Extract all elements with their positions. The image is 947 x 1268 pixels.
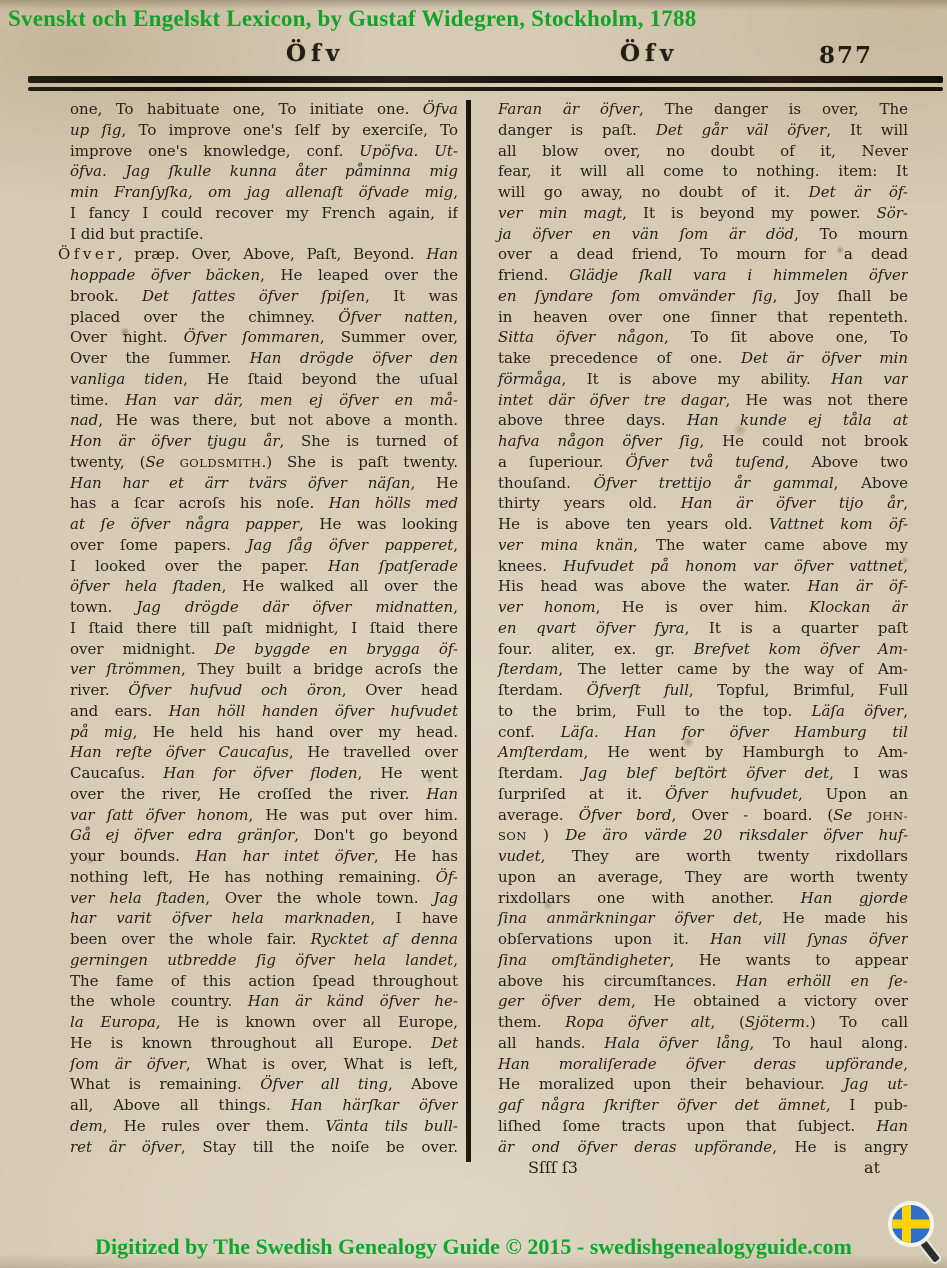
text-line: ret är öfver, Stay till the noiſe be ove…	[58, 1137, 458, 1158]
dictionary-column-right: Faran är öfver, The danger is over, Thed…	[486, 99, 908, 1178]
running-title-right: Öfv	[620, 40, 678, 67]
text-line: danger is paſt. Det går väl öfver, It wi…	[486, 120, 908, 141]
text-line: ſurpriſed at it. Öfver hufvudet, Upon an	[486, 784, 908, 805]
text-line: Amſterdam, He went by Hamburgh to Am-	[486, 742, 908, 763]
header-rule-top	[28, 76, 943, 83]
text-line: hoppade öfver bäcken, He leaped over the	[58, 265, 458, 286]
text-line: all blow over, no doubt of it, Never	[486, 141, 908, 162]
text-line: town. Jag drögde där öfver midnatten,	[58, 597, 458, 618]
text-line: hafva någon öfver ſig, He could not broo…	[486, 431, 908, 452]
text-line: har varit öfver hela marknaden, I have	[58, 908, 458, 929]
text-line: average. Öfver bord, Over - board. (Se J…	[486, 805, 908, 826]
text-line: I looked over the paper. Han ſpatſerade	[58, 556, 458, 577]
text-line: ſom är öfver, What is over, What is left…	[58, 1054, 458, 1075]
text-line: above three days. Han kunde ej tåla at	[486, 410, 908, 431]
text-line: Caucaſus. Han for öfver floden, He went	[58, 763, 458, 784]
text-line: His head was above the water. Han är öf-	[486, 576, 908, 597]
text-line: will go away, no doubt of it. Det är öf-	[486, 182, 908, 203]
text-line: fear, it will all come to nothing. item:…	[486, 161, 908, 182]
text-line: vudet, They are worth twenty rixdollars	[486, 846, 908, 867]
text-line: ver honom, He is over him. Klockan är	[486, 597, 908, 618]
text-line: gaf några ſkrifter öfver det ämnet, I pu…	[486, 1095, 908, 1116]
text-line: ver hela ſtaden, Over the whole town. Ja…	[58, 888, 458, 909]
text-line: son ) De äro värde 20 riksdaler öfver hu…	[486, 825, 908, 846]
text-line: them. Ropa öfver alt, (Sjöterm.) To call	[486, 1012, 908, 1033]
catchword: at	[864, 1157, 880, 1178]
text-line: He is known throughout all Europe. Det	[58, 1033, 458, 1054]
text-line: Over the ſummer. Han drögde öfver den	[58, 348, 458, 369]
text-line: What is remaining. Öfver all ting, Above	[58, 1074, 458, 1095]
text-line: in heaven over one ſinner that repenteth…	[486, 307, 908, 328]
text-line: nad, He was there, but not above a month…	[58, 410, 458, 431]
digitizer-bottom-caption: Digitized by The Swedish Genealogy Guide…	[0, 1234, 947, 1260]
text-line: one, To habituate one, To initiate one. …	[58, 99, 458, 120]
text-line: öfva. Jag ſkulle kunna åter påminna mig	[58, 161, 458, 182]
text-line: Han har et ärr tvärs öfver näſan, He	[58, 473, 458, 494]
text-line: obſervations upon it. Han vill ſynas öfv…	[486, 929, 908, 950]
text-line: Gå ej öfver edra gränſor, Don't go beyon…	[58, 825, 458, 846]
text-line: vanliga tiden, He ſtaid beyond the uſual	[58, 369, 458, 390]
text-line: Öfver, præp. Over, Above, Paſt, Beyond. …	[58, 244, 458, 265]
text-line: take precedence of one. Det är öfver min	[486, 348, 908, 369]
text-line: The fame of this action ſpead throughout	[58, 971, 458, 992]
text-line: friend. Glädje ſkall vara i himmelen öfv…	[486, 265, 908, 286]
text-line: ver ſtrömmen, They built a bridge acroſs…	[58, 659, 458, 680]
swedish-flag-magnifier-icon	[885, 1200, 941, 1266]
text-line: ger öfver dem, He obtained a victory ove…	[486, 991, 908, 1012]
text-line: var ſatt öfver honom, He was put over hi…	[58, 805, 458, 826]
text-line: I ſtaid there till paſt midnight, I ſtai…	[58, 618, 458, 639]
text-line: at ſe öfver några papper, He was looking	[58, 514, 458, 535]
text-line: ſina omſtändigheter, He wants to appear	[486, 950, 908, 971]
text-line: min Franſyſka, om jag allenaſt öfvade mi…	[58, 182, 458, 203]
text-line: nothing left, He has nothing remaining. …	[58, 867, 458, 888]
text-line: the whole country. Han är känd öfver he-	[58, 991, 458, 1012]
text-line: brook. Det ſattes öfver ſpiſen, It was	[58, 286, 458, 307]
text-line: He is above ten years old. Vattnet kom ö…	[486, 514, 908, 535]
text-line: over ſome papers. Jag ſåg öfver papperet…	[58, 535, 458, 556]
text-line: your bounds. Han har intet öfver, He has	[58, 846, 458, 867]
text-line: a ſuperiour. Öfver två tuſend, Above two	[486, 452, 908, 473]
text-line: over a dead friend, To mourn for a dead	[486, 244, 908, 265]
text-line: placed over the chimney. Öfver natten,	[58, 307, 458, 328]
text-line: på mig, He held his hand over my head.	[58, 722, 458, 743]
dictionary-column-left: one, To habituate one, To initiate one. …	[58, 99, 458, 1157]
text-line: up ſig, To improve one's ſelf by exerciſ…	[58, 120, 458, 141]
text-line: ſterdam. Jag blef beſtört öfver det, I w…	[486, 763, 908, 784]
text-line: river. Öfver hufvud och öron, Over head	[58, 680, 458, 701]
header-rule-bottom	[28, 87, 943, 91]
text-line: and ears. Han höll handen öfver hufvudet	[58, 701, 458, 722]
text-line: been over the whole fair. Rycktet af den…	[58, 929, 458, 950]
column-divider-rule	[466, 100, 471, 1162]
text-line: ja öfver en vän ſom är död, To mourn	[486, 224, 908, 245]
text-line: to the brim, Full to the top. Läſa öfver…	[486, 701, 908, 722]
text-line: upon an average, They are worth twenty	[486, 867, 908, 888]
text-line: Over night. Öfver ſommaren, Summer over,	[58, 327, 458, 348]
text-line: ſina anmärkningar öfver det, He made his	[486, 908, 908, 929]
text-line: gerningen utbredde ſig öfver hela landet…	[58, 950, 458, 971]
signature-mark: Sſſſ ſ3	[528, 1157, 578, 1178]
signature-row: Sſſſ ſ3at	[486, 1157, 908, 1178]
page-number: 877	[819, 42, 873, 69]
text-line: knees. Hufvudet på honom var öfver vattn…	[486, 556, 908, 577]
running-title-left: Öfv	[286, 40, 344, 67]
text-line: over the river, He croſſed the river. Ha…	[58, 784, 458, 805]
text-line: ſterdam. Öfverſt full, Topful, Brimful, …	[486, 680, 908, 701]
text-line: four. aliter, ex. gr. Brefvet kom öfver …	[486, 639, 908, 660]
text-line: är ond öfver deras upförande, He is angr…	[486, 1137, 908, 1158]
text-line: en ſyndare ſom omvänder ſig, Joy ſhall b…	[486, 286, 908, 307]
text-line: Han moraliſerade öfver deras upförande,	[486, 1054, 908, 1075]
text-line: all hands. Hala öfver lång, To haul alon…	[486, 1033, 908, 1054]
text-line: Han reſte öfver Caucaſus, He travelled o…	[58, 742, 458, 763]
scanned-book-page: { "overlay": { "top_caption": "Svenskt o…	[0, 0, 947, 1268]
text-line: ſterdam, The letter came by the way of A…	[486, 659, 908, 680]
text-line: öfver hela ſtaden, He walked all over th…	[58, 576, 458, 597]
text-line: Sitta öfver någon, To ſit above one, To	[486, 327, 908, 348]
text-line: Faran är öfver, The danger is over, The	[486, 99, 908, 120]
text-line: twenty, (Se Goldsmith.) She is paſt twen…	[58, 452, 458, 473]
text-line: has a ſcar acroſs his noſe. Han hölls me…	[58, 493, 458, 514]
text-line: Hon är öfver tjugu år, She is turned of	[58, 431, 458, 452]
text-line: intet där öfver tre dagar, He was not th…	[486, 390, 908, 411]
text-line: förmåga, It is above my ability. Han var	[486, 369, 908, 390]
text-line: over midnight. De byggde en brygga öf-	[58, 639, 458, 660]
text-line: thouſand. Öfver trettijo år gammal, Abov…	[486, 473, 908, 494]
text-line: above his circumſtances. Han erhöll en ſ…	[486, 971, 908, 992]
text-line: en qvart öfver fyra, It is a quarter paſ…	[486, 618, 908, 639]
text-line: I did but practiſe.	[58, 224, 458, 245]
text-line: ver mina knän, The water came above my	[486, 535, 908, 556]
text-line: conf. Läſa. Han for öfver Hamburg til	[486, 722, 908, 743]
text-line: improve one's knowledge, conf. Upöfva. U…	[58, 141, 458, 162]
text-line: I fancy I could recover my French again,…	[58, 203, 458, 224]
text-line: la Europa, He is known over all Europe,	[58, 1012, 458, 1033]
text-line: thirty years old. Han är öfver tijo år,	[486, 493, 908, 514]
text-line: all, Above all things. Han härſkar öfver	[58, 1095, 458, 1116]
text-line: ver min magt, It is beyond my power. Sör…	[486, 203, 908, 224]
text-line: dem, He rules over them. Vänta tils bull…	[58, 1116, 458, 1137]
text-line: liſhed ſome tracts upon that ſubject. Ha…	[486, 1116, 908, 1137]
digitizer-top-caption: Svenskt och Engelskt Lexicon, by Gustaf …	[8, 6, 696, 32]
text-line: He moralized upon their behaviour. Jag u…	[486, 1074, 908, 1095]
text-line: time. Han var där, men ej öfver en må-	[58, 390, 458, 411]
text-line: rixdollars one with another. Han gjorde	[486, 888, 908, 909]
